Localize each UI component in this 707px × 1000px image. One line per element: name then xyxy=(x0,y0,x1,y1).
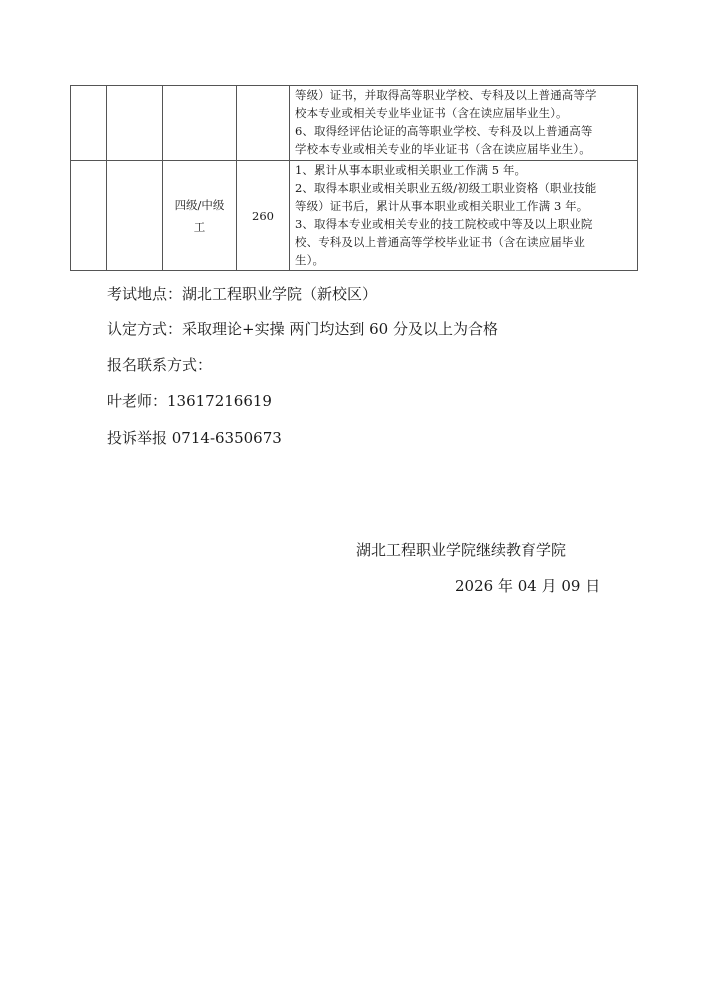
table-cell-col1 xyxy=(71,161,107,271)
signature-date: 2026 年 04 月 09 日 xyxy=(455,576,600,596)
assessment-method: 认定方式：采取理论+实操 两门均达到 60 分及以上为合格 xyxy=(107,319,498,339)
condition-line: 生）。 xyxy=(295,251,633,269)
condition-line: 校本专业或相关专业毕业证书（含在读应届毕业生）。 xyxy=(295,104,633,122)
table-cell-level xyxy=(163,86,237,161)
level-text-line2: 工 xyxy=(163,216,236,238)
table-row: 等级）证书，并取得高等职业学校、专科及以上普通高等学 校本专业或相关专业毕业证书… xyxy=(71,86,638,161)
qualification-table: 等级）证书，并取得高等职业学校、专科及以上普通高等学 校本专业或相关专业毕业证书… xyxy=(70,85,638,271)
table-cell-col2 xyxy=(107,161,163,271)
level-text-line1: 四级/中级 xyxy=(163,194,236,216)
exam-location: 考试地点：湖北工程职业学院（新校区） xyxy=(107,284,377,304)
complaint-hotline: 投诉举报 0714-6350673 xyxy=(107,428,282,448)
table-cell-col1 xyxy=(71,86,107,161)
table-cell-col2 xyxy=(107,86,163,161)
contact-heading: 报名联系方式： xyxy=(107,355,212,375)
table-cell-conditions: 等级）证书，并取得高等职业学校、专科及以上普通高等学 校本专业或相关专业毕业证书… xyxy=(290,86,638,161)
table-row: 四级/中级 工 260 1、累计从事本职业或相关职业工作满 5 年。 2、取得本… xyxy=(71,161,638,271)
signature-organization: 湖北工程职业学院继续教育学院 xyxy=(356,540,566,560)
condition-line: 校、专科及以上普通高等学校毕业证书（含在读应届毕业 xyxy=(295,233,633,251)
table-cell-level: 四级/中级 工 xyxy=(163,161,237,271)
table-cell-hours xyxy=(237,86,290,161)
condition-line: 等级）证书，并取得高等职业学校、专科及以上普通高等学 xyxy=(295,86,633,104)
table-cell-hours: 260 xyxy=(237,161,290,271)
condition-line: 等级）证书后，累计从事本职业或相关职业工作满 3 年。 xyxy=(295,197,633,215)
condition-line: 1、累计从事本职业或相关职业工作满 5 年。 xyxy=(295,161,633,179)
condition-line: 2、取得本职业或相关职业五级/初级工职业资格（职业技能 xyxy=(295,179,633,197)
condition-line: 学校本专业或相关专业的毕业证书（含在读应届毕业生）。 xyxy=(295,140,633,158)
contact-person: 叶老师：13617216619 xyxy=(107,391,272,411)
table-cell-conditions: 1、累计从事本职业或相关职业工作满 5 年。 2、取得本职业或相关职业五级/初级… xyxy=(290,161,638,271)
document-page: 等级）证书，并取得高等职业学校、专科及以上普通高等学 校本专业或相关专业毕业证书… xyxy=(0,0,707,1000)
condition-line: 3、取得本专业或相关专业的技工院校或中等及以上职业院 xyxy=(295,215,633,233)
condition-line: 6、取得经评估论证的高等职业学校、专科及以上普通高等 xyxy=(295,122,633,140)
